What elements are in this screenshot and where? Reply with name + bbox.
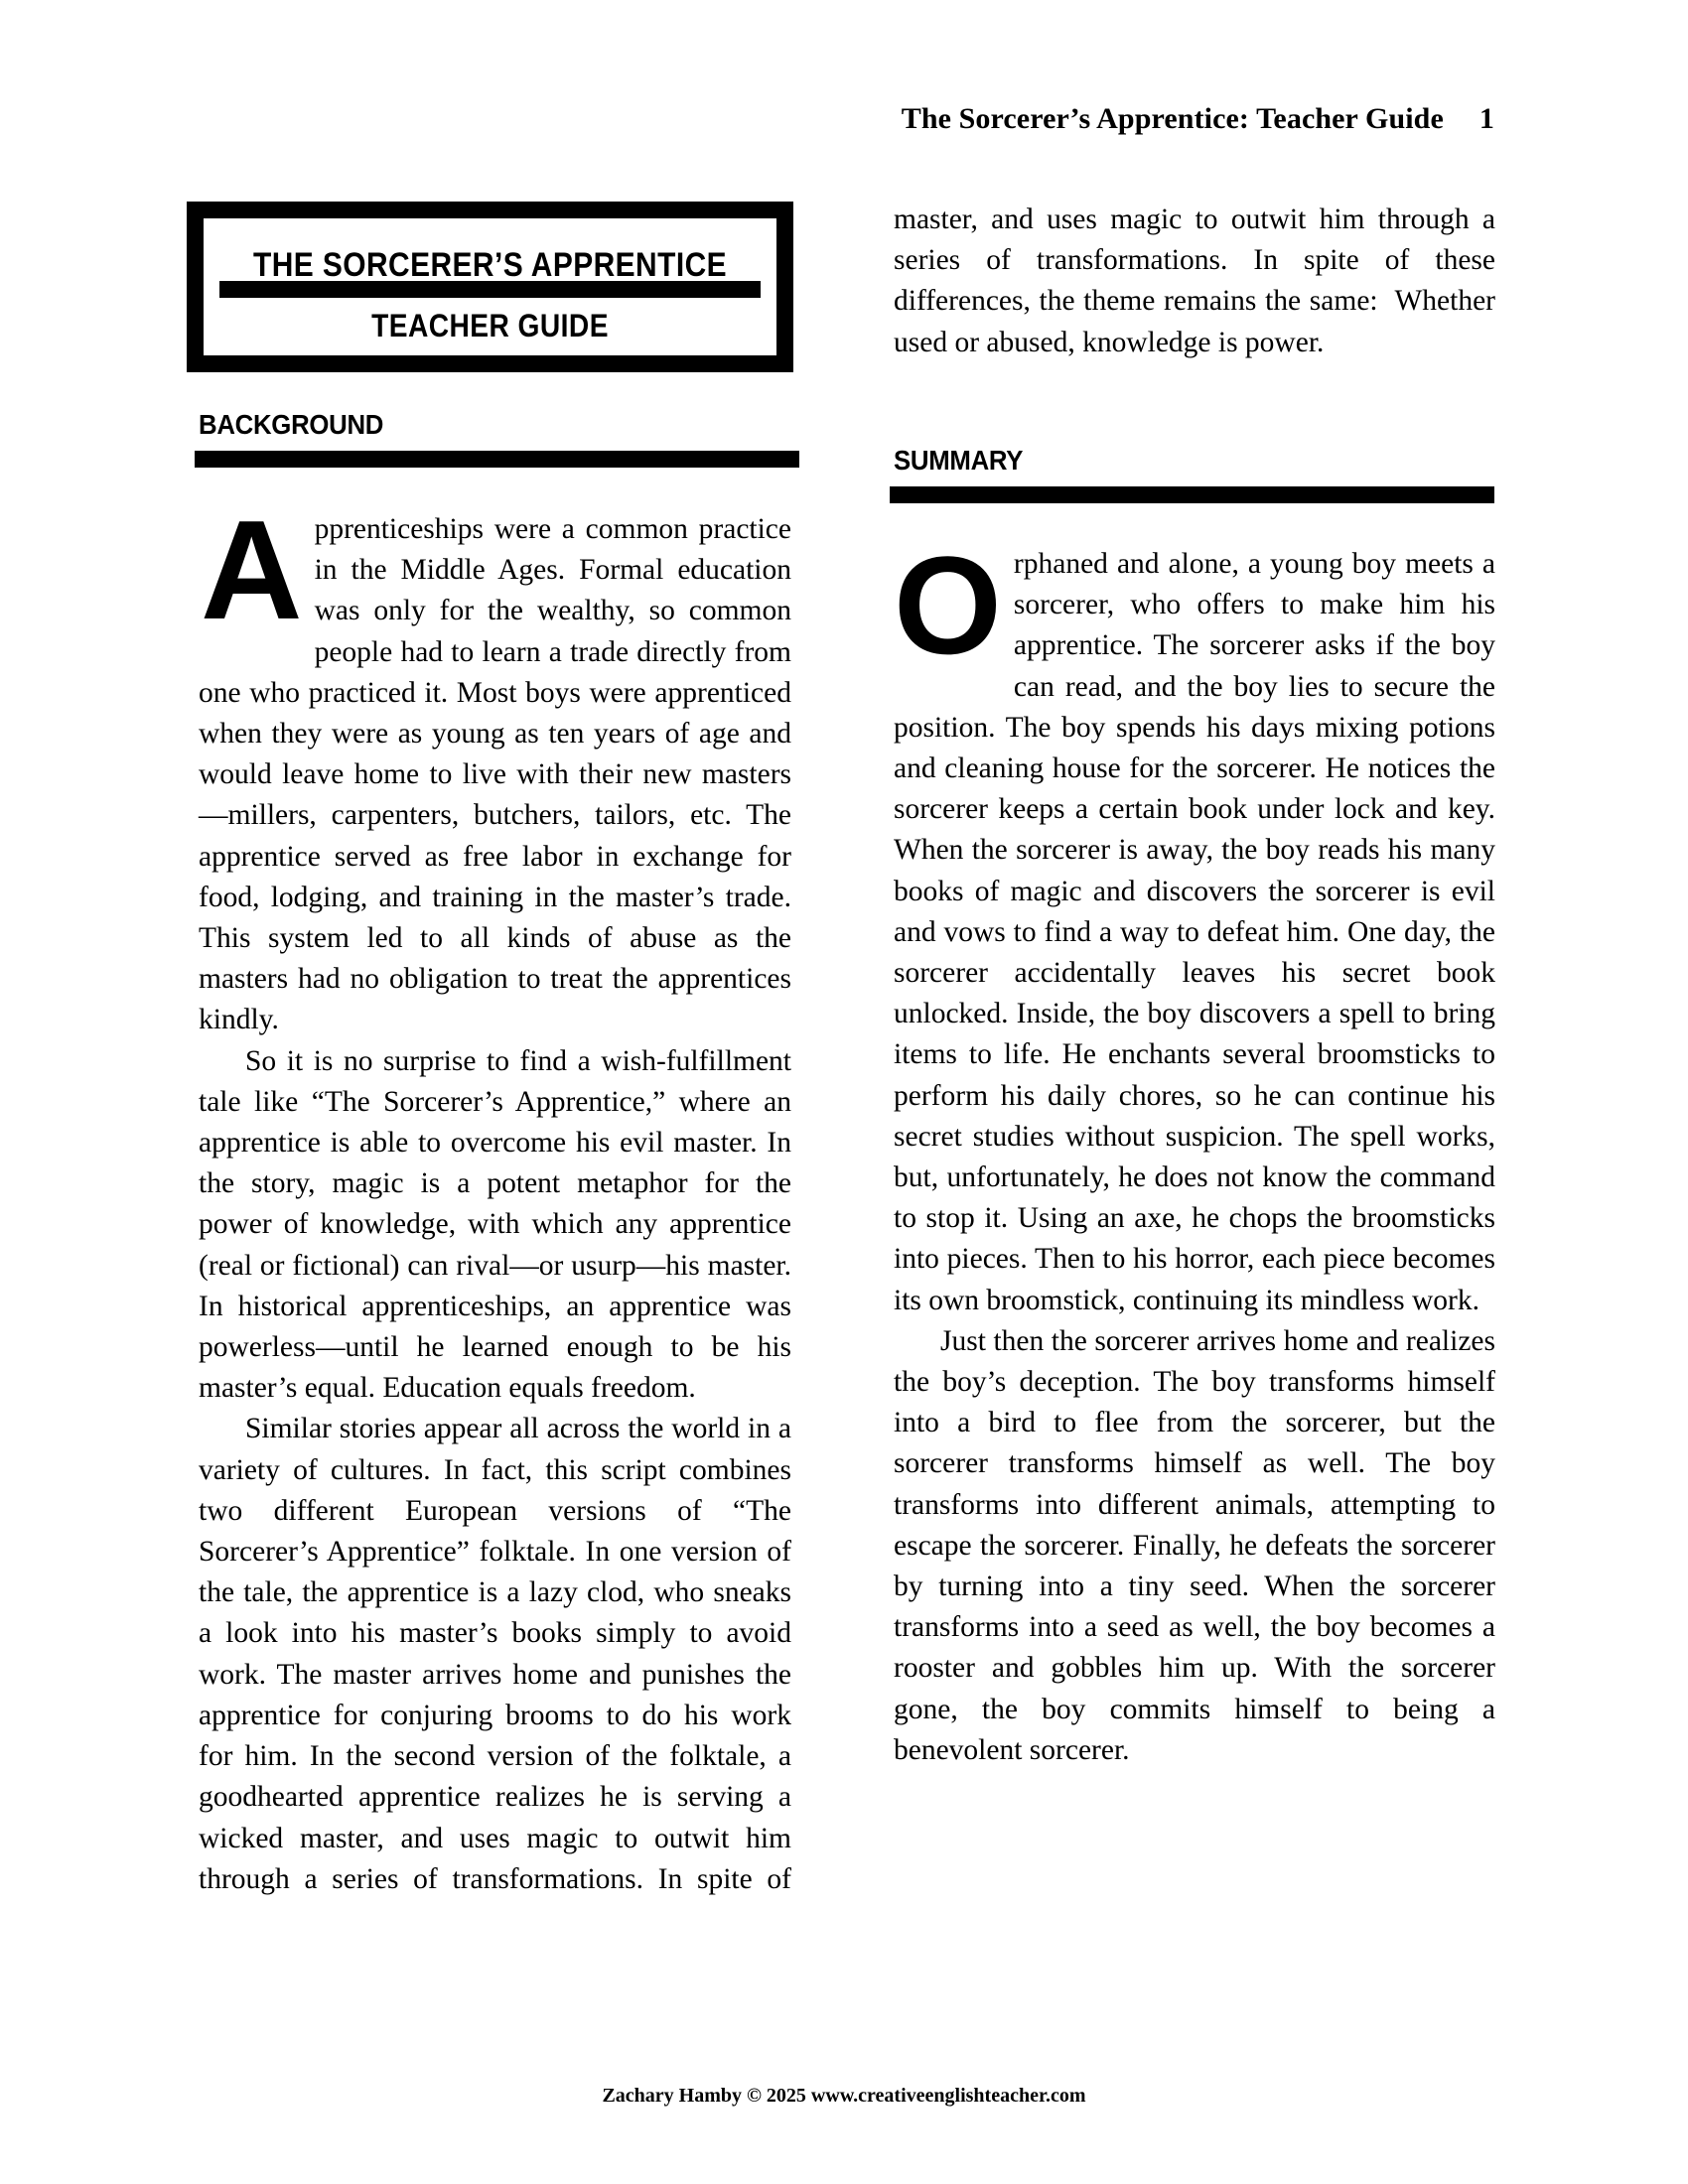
running-head: The Sorcerer’s Apprentice: Teacher Guide… (844, 102, 1494, 136)
summary-paragraph-2: Just then the sorcerer arrives home and … (894, 1321, 1495, 1771)
summary-column: Orphaned and alone, a young boy meets a … (894, 544, 1495, 1771)
running-head-title: The Sorcerer’s Apprentice: Teacher Guide (902, 102, 1444, 135)
background-paragraph-3: Similar stories appear all across the wo… (199, 1409, 791, 1900)
background-paragraph-1: Apprenticeships were a common practice i… (199, 509, 791, 1041)
background-paragraph-3-continued: master, and uses magic to outwit him thr… (894, 200, 1495, 363)
background-continuation: master, and uses magic to outwit him thr… (894, 200, 1495, 363)
document-title: THE SORCERER’S APPRENTICE (238, 246, 743, 285)
background-heading: BACKGROUND (199, 409, 383, 441)
summary-rule (890, 486, 1494, 503)
title-divider (219, 281, 761, 298)
document-subtitle: TEACHER GUIDE (238, 308, 743, 344)
summary-paragraph-1: Orphaned and alone, a young boy meets a … (894, 544, 1495, 1321)
summary-heading: SUMMARY (894, 445, 1023, 477)
background-paragraph-2: So it is no surprise to find a wish-fulf… (199, 1041, 791, 1410)
footer-copyright: Zachary Hamby © 2025 www.creativeenglish… (0, 2085, 1688, 2108)
background-rule (195, 451, 799, 468)
page-number: 1 (1479, 102, 1494, 136)
title-box: THE SORCERER’S APPRENTICE TEACHER GUIDE (187, 202, 793, 372)
background-column: Apprenticeships were a common practice i… (199, 509, 791, 1900)
dropcap-o: O (894, 550, 1002, 667)
dropcap-a: A (201, 515, 303, 632)
